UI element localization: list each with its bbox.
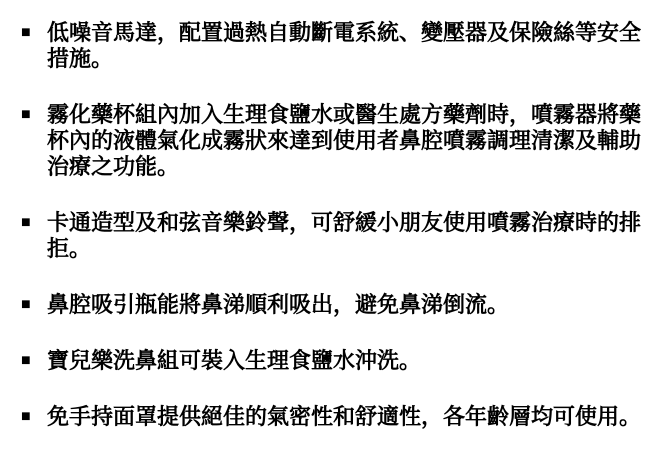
bullet-text: 霧化藥杯組內加入生理食鹽水或醫生處方藥劑時，噴霧器將藥杯內的液體氣化成霧狀來達到… xyxy=(47,102,649,180)
bullet-square-icon: ■ xyxy=(21,102,38,128)
bullet-text: 鼻腔吸引瓶能將鼻涕順利吸出，避免鼻涕倒流。 xyxy=(47,292,649,318)
bullet-square-icon: ■ xyxy=(21,348,38,374)
bullet-text: 卡通造型及和弦音樂鈴聲，可舒緩小朋友使用噴霧治療時的排拒。 xyxy=(47,210,649,262)
bullet-text: 低噪音馬達，配置過熱自動斷電系統、變壓器及保險絲等安全措施。 xyxy=(47,20,649,72)
bullet-item: ■ 鼻腔吸引瓶能將鼻涕順利吸出，避免鼻涕倒流。 xyxy=(21,292,650,318)
bullet-square-icon: ■ xyxy=(21,292,38,318)
bullet-square-icon: ■ xyxy=(21,210,38,236)
bullet-text: 寶兒樂洗鼻組可裝入生理食鹽水沖洗。 xyxy=(47,348,649,374)
bullet-text: 免手持面罩提供絕佳的氣密性和舒適性，各年齡層均可使用。 xyxy=(47,404,649,430)
bullet-item: ■ 霧化藥杯組內加入生理食鹽水或醫生處方藥劑時，噴霧器將藥杯內的液體氣化成霧狀來… xyxy=(21,102,650,180)
bullet-item: ■ 寶兒樂洗鼻組可裝入生理食鹽水沖洗。 xyxy=(21,348,650,374)
product-feature-document: ■ 低噪音馬達，配置過熱自動斷電系統、變壓器及保險絲等安全措施。 ■ 霧化藥杯組… xyxy=(0,0,672,453)
bullet-item: ■ 免手持面罩提供絕佳的氣密性和舒適性，各年齡層均可使用。 xyxy=(21,404,650,430)
bullet-item: ■ 卡通造型及和弦音樂鈴聲，可舒緩小朋友使用噴霧治療時的排拒。 xyxy=(21,210,650,262)
bullet-square-icon: ■ xyxy=(21,20,38,46)
bullet-item: ■ 低噪音馬達，配置過熱自動斷電系統、變壓器及保險絲等安全措施。 xyxy=(21,20,650,72)
bullet-square-icon: ■ xyxy=(21,404,38,430)
